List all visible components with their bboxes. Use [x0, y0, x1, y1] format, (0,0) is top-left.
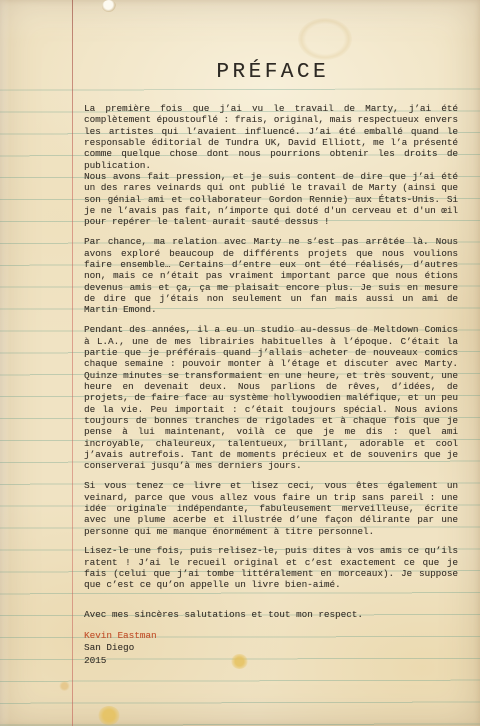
page-title: PRÉFACE [84, 62, 458, 84]
preface-paragraph-6: Lisez-le une fois, puis relisez-le, puis… [84, 545, 458, 590]
closing-line: Avec mes sincères salutations et tout mo… [84, 609, 458, 620]
signature-name: Kevin Eastman [84, 630, 458, 642]
preface-paragraph-3: Par chance, ma relation avec Marty ne s’… [84, 236, 458, 315]
signature-block: Kevin Eastman San Diego 2015 [84, 630, 458, 667]
preface-paragraph-2: Nous avons fait pression, et je suis con… [84, 171, 458, 228]
preface-paragraph-5: Si vous tenez ce livre et lisez ceci, vo… [84, 480, 458, 537]
signature-year: 2015 [84, 655, 458, 667]
preface-paragraph-4: Pendant des années, il a eu un studio au… [84, 324, 458, 471]
preface-page: PRÉFACE La première fois que j’ai vu le … [0, 0, 480, 726]
signature-place: San Diego [84, 642, 458, 654]
text-column: PRÉFACE La première fois que j’ai vu le … [0, 0, 480, 667]
preface-paragraph-1: La première fois que j’ai vu le travail … [84, 103, 458, 171]
